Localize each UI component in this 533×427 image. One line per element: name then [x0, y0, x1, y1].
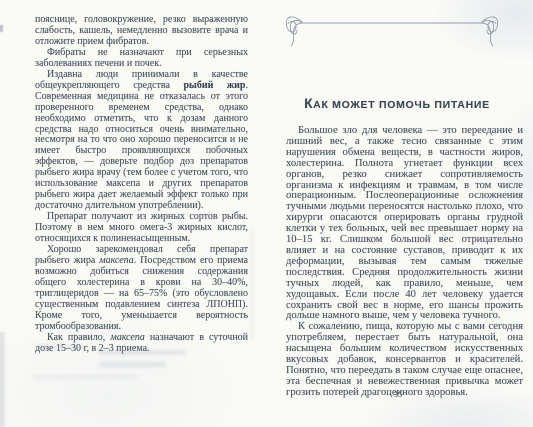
- left-page-text: пояснице, головокружение, резко выраженн…: [35, 15, 248, 355]
- emphasis-italic-text: максепа: [99, 255, 133, 266]
- body-text: Большое зло для человека — это переедани…: [286, 125, 523, 321]
- scan-ghost-artifact: [250, 230, 254, 340]
- paragraph: Издавна люди принимали в качестве общеук…: [35, 70, 248, 212]
- right-page-text: Большое зло для человека — это переедани…: [286, 126, 523, 399]
- body-text: . Современная медицина не отказалась от …: [35, 80, 248, 211]
- paragraph: Хорошо зарекомендовал себя препарат рыбь…: [35, 245, 248, 333]
- body-text: Фибраты не назначают при серьезных забол…: [35, 47, 248, 69]
- paragraph: К сожалению, пища, которую мы с вами сег…: [286, 322, 523, 398]
- paragraph: Фибраты не назначают при серьезных забол…: [35, 48, 248, 70]
- body-text: К сожалению, пища, которую мы с вами сег…: [286, 321, 523, 397]
- book-spread-scan: пояснице, головокружение, резко выраженн…: [0, 0, 533, 427]
- body-text: Препарат получают из жирных сортов рыбы.…: [35, 211, 248, 244]
- scan-ghost-artifact: [100, 362, 166, 367]
- scan-edge-speck: [0, 25, 3, 32]
- paragraph: Препарат получают из жирных сортов рыбы.…: [35, 212, 248, 245]
- page-number: 35: [286, 389, 510, 399]
- scan-ghost-artifact: [36, 344, 84, 348]
- right-flourish: [482, 17, 498, 46]
- chapter-heading: Как может помочь питание: [286, 97, 508, 112]
- left-flourish: [286, 17, 302, 46]
- scan-ghost-artifact: [98, 350, 186, 355]
- emphasis-italic-text: максепа: [110, 332, 144, 343]
- chapter-divider-flourish-icon: [284, 6, 500, 54]
- body-text: Как правило,: [47, 332, 110, 343]
- body-text: пояснице, головокружение, резко выраженн…: [35, 14, 248, 47]
- scan-edge-shadow: [0, 332, 6, 427]
- emphasis-bold-text: рыбий жир: [183, 80, 245, 91]
- scan-ghost-artifact: [33, 375, 138, 379]
- body-text: . Посредством его приема возможно добить…: [35, 255, 248, 332]
- paragraph: Большое зло для человека — это переедани…: [286, 126, 523, 322]
- paragraph: пояснице, головокружение, резко выраженн…: [35, 15, 248, 48]
